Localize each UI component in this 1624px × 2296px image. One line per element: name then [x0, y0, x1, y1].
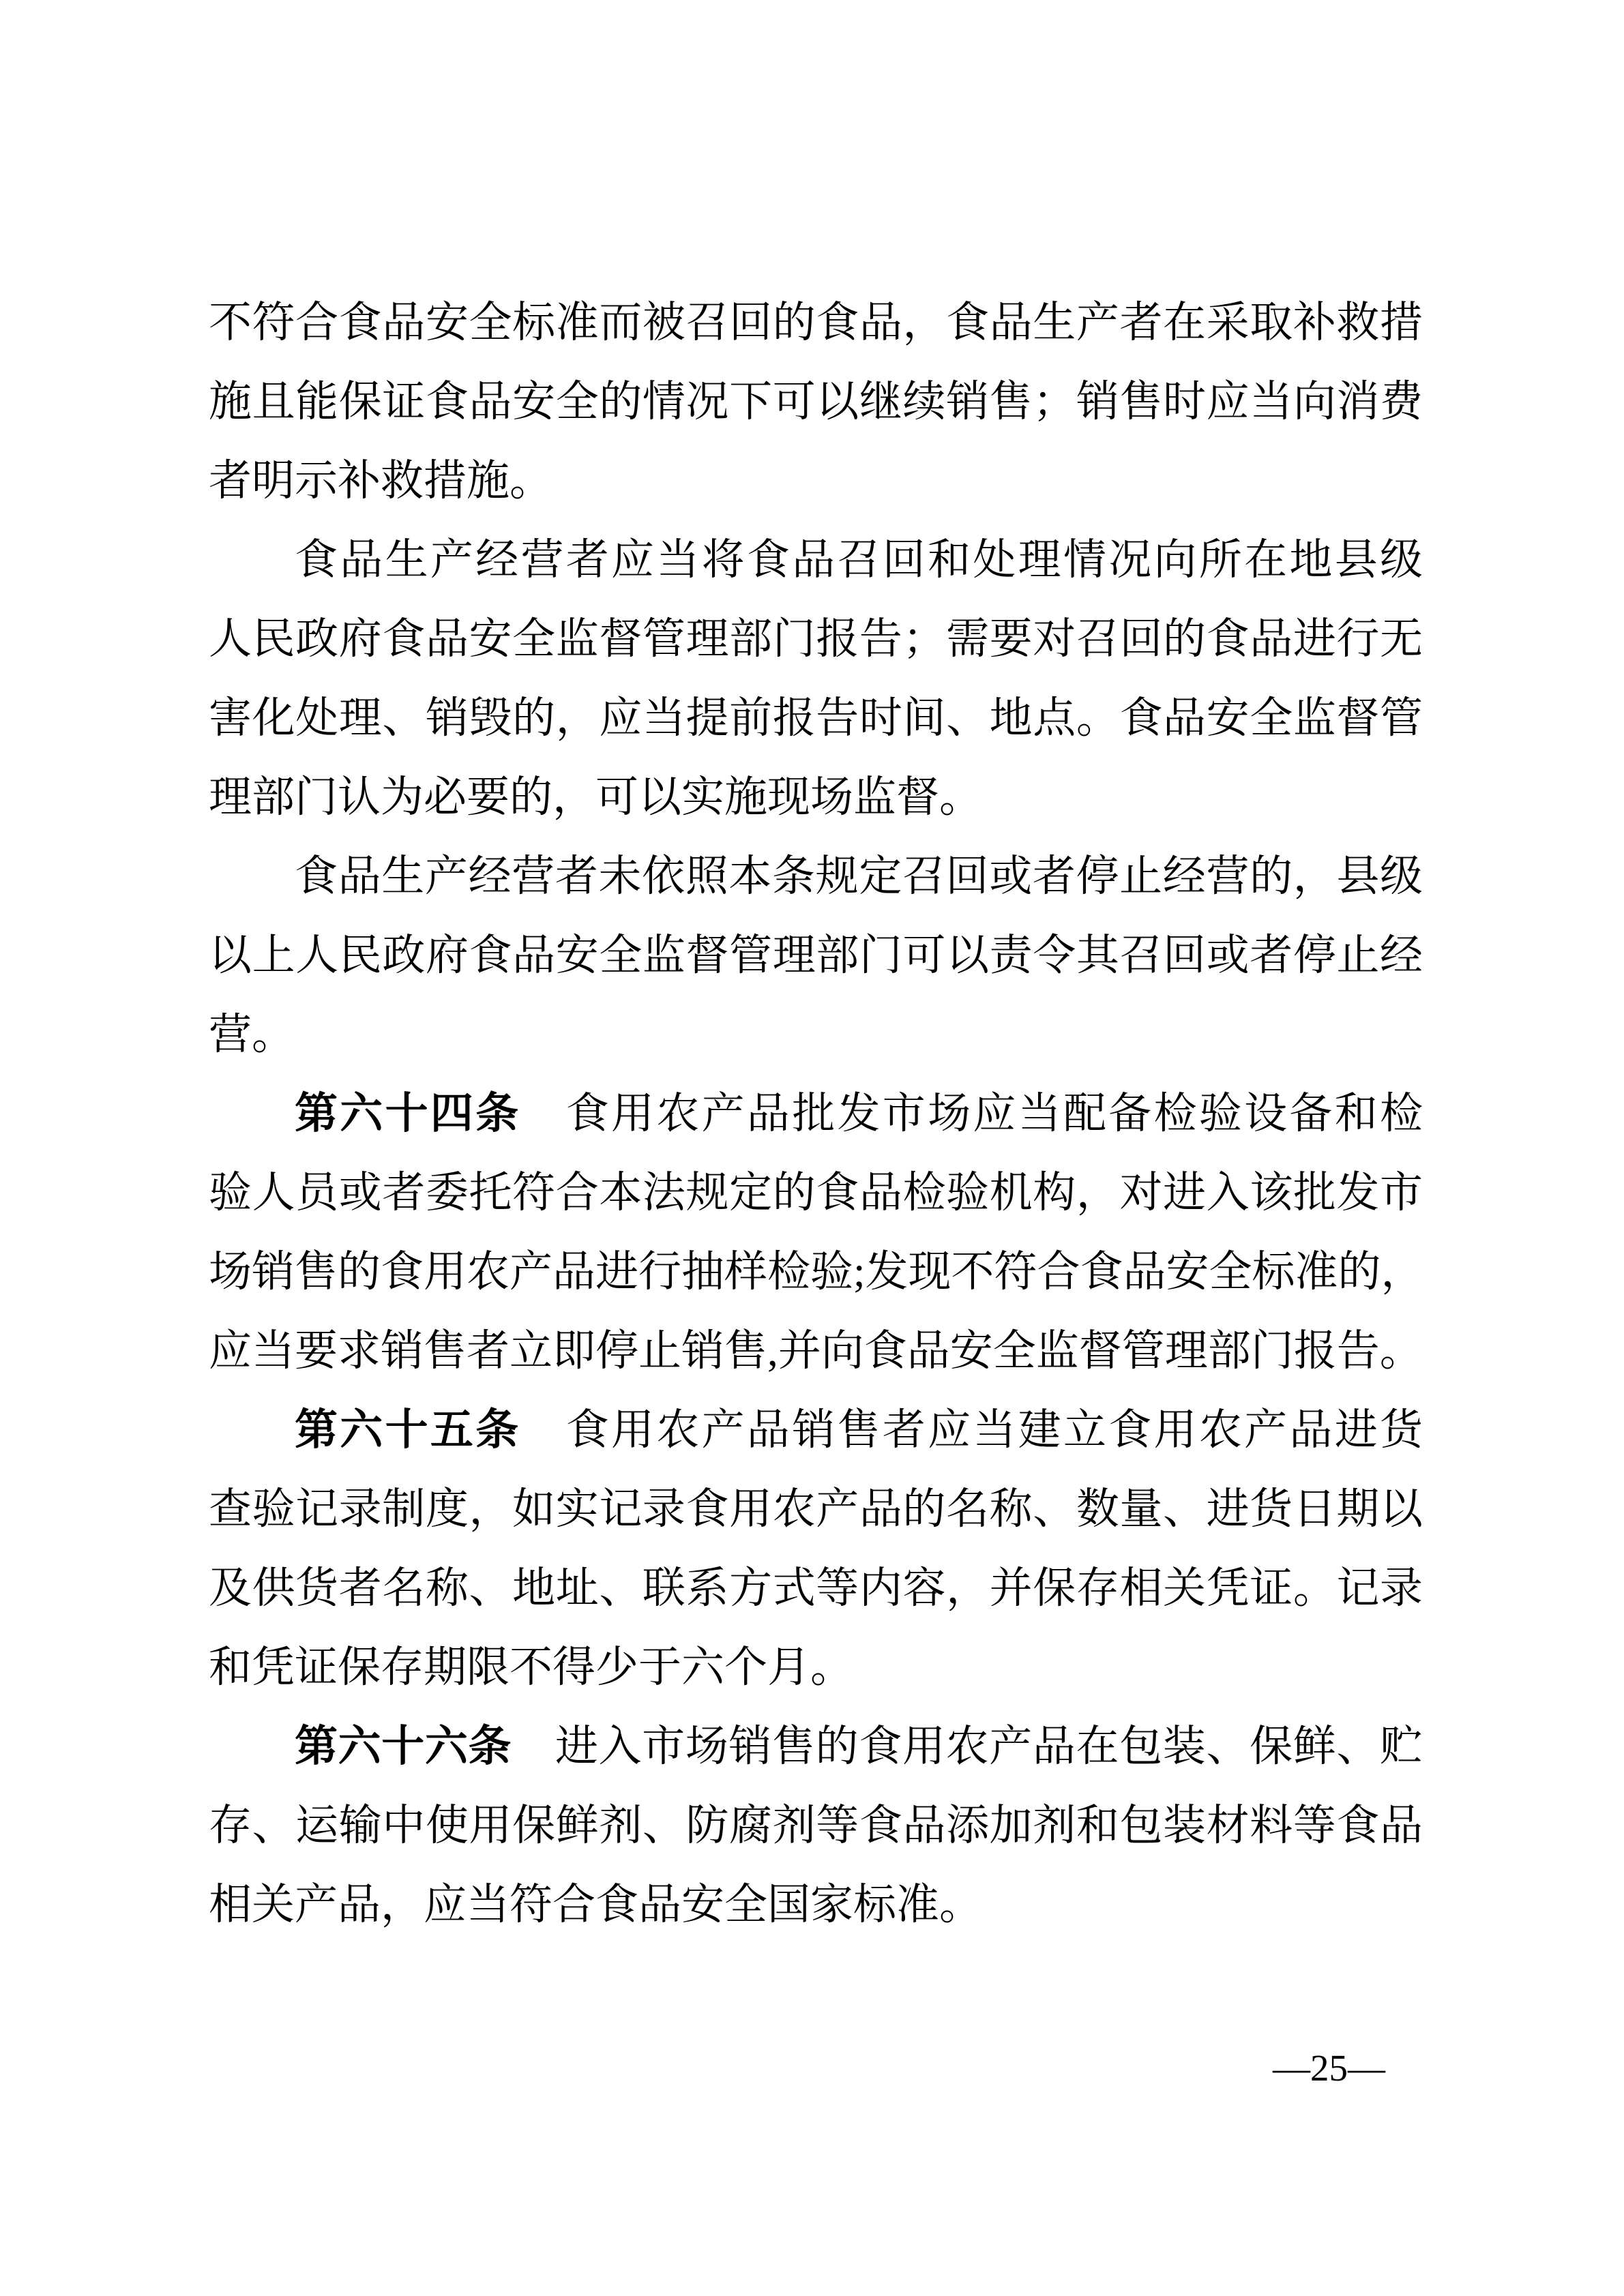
- paragraph-article-65: 第六十五条 食用农产品销售者应当建立食用农产品进货查验记录制度，如实记录食用农产…: [209, 1390, 1423, 1707]
- article-number: 第六十五条: [295, 1406, 520, 1454]
- paragraph-article-64: 第六十四条 食用农产品批发市场应当配备检验设备和检验人员或者委托符合本法规定的食…: [209, 1074, 1423, 1390]
- text-line: 人民政府食品安全监督管理部门报告；需要对召回的食品进行无: [209, 599, 1423, 679]
- text-line: 查验记录制度，如实记录食用农产品的名称、数量、进货日期以: [209, 1470, 1423, 1549]
- text-line: 第六十六条 进入市场销售的食用农产品在包装、保鲜、贮: [209, 1707, 1423, 1786]
- text-line: 不符合食品安全标准而被召回的食品，食品生产者在采取补救措: [209, 283, 1423, 362]
- text-run: 施且能保证食品安全的情况下可以继续销售；销售时应当向消费: [209, 378, 1423, 426]
- text-run: 人民政府食品安全监督管理部门报告；需要对召回的食品进行无: [209, 615, 1423, 663]
- text-run: 不符合食品安全标准而被召回的食品，食品生产者在采取补救措: [209, 299, 1423, 346]
- text-run: 和凭证保存期限不得少于六个月。: [209, 1643, 853, 1691]
- page-number: —25—: [1273, 2049, 1385, 2087]
- text-line: 者明示补救措施。: [209, 441, 1423, 520]
- text-run: 营。: [209, 1011, 295, 1058]
- document-body: 不符合食品安全标准而被召回的食品，食品生产者在采取补救措施且能保证食品安全的情况…: [209, 283, 1423, 1944]
- paragraph-recall-enforcement: 食品生产经营者未依照本条规定召回或者停止经营的，县级以上人民政府食品安全监督管理…: [209, 837, 1423, 1074]
- text-line: 理部门认为必要的，可以实施现场监督。: [209, 758, 1423, 837]
- text-line: 害化处理、销毁的，应当提前报告时间、地点。食品安全监督管: [209, 679, 1423, 758]
- text-line: 应当要求销售者立即停止销售,并向食品安全监督管理部门报告。: [209, 1311, 1423, 1390]
- text-run: 及供货者名称、地址、联系方式等内容，并保存相关凭证。记录: [209, 1564, 1423, 1612]
- text-run: 害化处理、销毁的，应当提前报告时间、地点。食品安全监督管: [209, 694, 1423, 742]
- text-run: 场销售的食用农产品进行抽样检验;发现不符合食品安全标准的，: [209, 1248, 1424, 1296]
- article-number: 第六十四条: [295, 1090, 520, 1137]
- text-line: 存、运输中使用保鲜剂、防腐剂等食品添加剂和包装材料等食品: [209, 1786, 1423, 1865]
- text-run: 者明示补救措施。: [209, 457, 552, 505]
- text-line: 施且能保证食品安全的情况下可以继续销售；销售时应当向消费: [209, 362, 1423, 441]
- text-line: 第六十五条 食用农产品销售者应当建立食用农产品进货: [209, 1390, 1423, 1470]
- text-line: 食品生产经营者未依照本条规定召回或者停止经营的，县级: [209, 837, 1423, 916]
- text-line: 营。: [209, 995, 1423, 1074]
- text-run: 进入市场销售的食用农产品在包装、保鲜、贮: [512, 1723, 1423, 1770]
- article-number: 第六十六条: [295, 1723, 512, 1770]
- paragraph-recall-continuation: 不符合食品安全标准而被召回的食品，食品生产者在采取补救措施且能保证食品安全的情况…: [209, 283, 1423, 520]
- text-run: 存、运输中使用保鲜剂、防腐剂等食品添加剂和包装材料等食品: [209, 1802, 1423, 1849]
- paragraph-recall-report: 食品生产经营者应当将食品召回和处理情况向所在地县级人民政府食品安全监督管理部门报…: [209, 520, 1423, 837]
- text-run: 理部门认为必要的，可以实施现场监督。: [209, 773, 982, 821]
- text-line: 及供货者名称、地址、联系方式等内容，并保存相关凭证。记录: [209, 1549, 1423, 1628]
- text-line: 场销售的食用农产品进行抽样检验;发现不符合食品安全标准的，: [209, 1232, 1423, 1311]
- text-run: 查验记录制度，如实记录食用农产品的名称、数量、进货日期以: [209, 1485, 1423, 1533]
- text-line: 第六十四条 食用农产品批发市场应当配备检验设备和检: [209, 1074, 1423, 1153]
- text-line: 和凭证保存期限不得少于六个月。: [209, 1628, 1423, 1707]
- text-line: 验人员或者委托符合本法规定的食品检验机构，对进入该批发市: [209, 1153, 1423, 1232]
- text-run: 以上人民政府食品安全监督管理部门可以责令其召回或者停止经: [209, 931, 1423, 979]
- text-line: 以上人民政府食品安全监督管理部门可以责令其召回或者停止经: [209, 916, 1423, 995]
- text-run: 相关产品，应当符合食品安全国家标准。: [209, 1881, 982, 1928]
- document-page: 不符合食品安全标准而被召回的食品，食品生产者在采取补救措施且能保证食品安全的情况…: [0, 0, 1624, 2296]
- text-run: 应当要求销售者立即停止销售,并向食品安全监督管理部门报告。: [209, 1327, 1423, 1375]
- text-run: 食用农产品销售者应当建立食用农产品进货: [520, 1406, 1423, 1454]
- text-line: 相关产品，应当符合食品安全国家标准。: [209, 1865, 1423, 1944]
- text-line: 食品生产经营者应当将食品召回和处理情况向所在地县级: [209, 520, 1423, 599]
- text-run: 食品生产经营者未依照本条规定召回或者停止经营的，县级: [295, 852, 1423, 900]
- paragraph-article-66: 第六十六条 进入市场销售的食用农产品在包装、保鲜、贮存、运输中使用保鲜剂、防腐剂…: [209, 1707, 1423, 1944]
- text-run: 食品生产经营者应当将食品召回和处理情况向所在地县级: [295, 536, 1423, 584]
- text-run: 食用农产品批发市场应当配备检验设备和检: [520, 1090, 1423, 1137]
- text-run: 验人员或者委托符合本法规定的食品检验机构，对进入该批发市: [209, 1169, 1423, 1217]
